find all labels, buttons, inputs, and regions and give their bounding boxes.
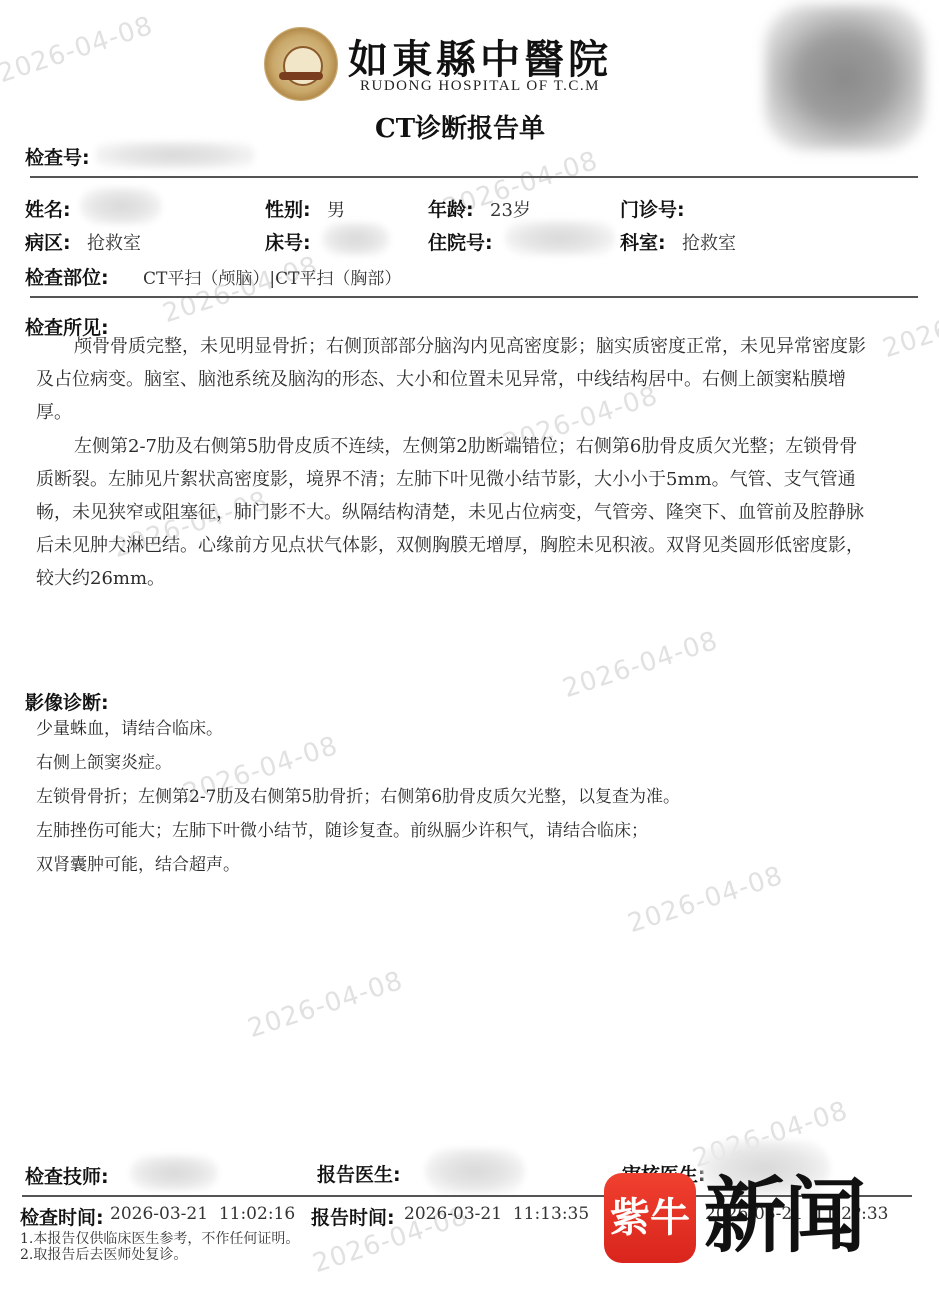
exam-time-label: 检查时间:: [20, 1203, 104, 1230]
exam-site-label: 检查部位:: [25, 263, 109, 290]
watermark-date: 2026-04-08: [559, 626, 721, 704]
name-label: 姓名:: [25, 195, 71, 222]
diagnosis-item: 左锁骨骨折；左侧第2-7肋及右侧第5肋骨折；右侧第6肋骨皮质欠光整，以复查为准。: [36, 780, 896, 814]
diagnosis-item: 双肾囊肿可能，结合超声。: [36, 848, 896, 882]
diagnosis-label: 影像诊断:: [25, 688, 109, 715]
divider: [30, 296, 918, 298]
bed-no-redacted: [322, 222, 390, 256]
exam-site-value: CT平扫（颅脑）|CT平扫（胸部）: [143, 264, 401, 289]
exam-no-label: 检查号:: [25, 143, 90, 170]
ward-label: 病区:: [25, 228, 71, 255]
news-brand-text: 新闻: [704, 1168, 864, 1264]
age-value: 23岁: [490, 196, 531, 222]
exam-no-redacted: [95, 141, 255, 169]
department-value: 抢救室: [682, 229, 736, 255]
report-time-label: 报告时间:: [311, 1203, 395, 1230]
technician-label: 检查技师:: [25, 1162, 109, 1189]
gender-value: 男: [327, 196, 345, 222]
report-title: CT诊断报告单: [375, 108, 545, 145]
footnote: 1.本报告仅供临床医生参考，不作任何证明。: [20, 1231, 299, 1247]
report-time-value: 2026-03-21 11:13:35: [404, 1204, 589, 1224]
age-label: 年龄:: [428, 195, 474, 222]
report-doctor-redacted: [425, 1148, 525, 1194]
findings-paragraph: 左侧第2-7肋及右侧第5肋骨皮质不连续，左侧第2肋断端错位；右侧第6肋骨皮质欠光…: [36, 430, 866, 595]
hospital-name-cn: 如東縣中醫院: [348, 28, 612, 85]
diagnosis-item: 少量蛛血，请结合临床。: [36, 712, 896, 746]
diagnosis-item: 左肺挫伤可能大；左肺下叶微小结节，随诊复查。前纵膈少许积气，请结合临床；: [36, 814, 896, 848]
ziniu-news-logo-icon: 紫牛: [604, 1173, 696, 1263]
hospital-name-en: RUDONG HOSPITAL OF T.C.M: [360, 78, 600, 95]
watermark-date: 2026-04-08: [244, 966, 406, 1044]
diagnosis-list: 少量蛛血，请结合临床。 右侧上颌窦炎症。 左锁骨骨折；左侧第2-7肋及右侧第5肋…: [36, 712, 896, 882]
inpatient-no-label: 住院号:: [428, 228, 493, 255]
bed-no-label: 床号:: [265, 228, 311, 255]
outpatient-no-label: 门诊号:: [620, 195, 685, 222]
divider: [30, 176, 918, 178]
footnote: 2.取报告后去医师处复诊。: [20, 1247, 187, 1263]
diagnosis-item: 右侧上颌窦炎症。: [36, 746, 896, 780]
findings-paragraph: 颅骨骨质完整，未见明显骨折；右侧顶部部分脑沟内见高密度影；脑实质密度正常，未见异…: [36, 330, 866, 429]
ward-value: 抢救室: [87, 229, 141, 255]
redacted-qr-area: [765, 5, 925, 150]
exam-time-value: 2026-03-21 11:02:16: [110, 1204, 295, 1224]
watermark-date: 2026-04-08: [0, 11, 157, 89]
inpatient-no-redacted: [505, 220, 615, 256]
name-redacted: [80, 187, 162, 225]
technician-redacted: [130, 1155, 218, 1191]
report-doctor-label: 报告医生:: [317, 1160, 401, 1187]
hospital-seal-icon: [264, 27, 338, 101]
watermark-date: 2026-04-08: [159, 251, 321, 329]
gender-label: 性别:: [265, 195, 311, 222]
department-label: 科室:: [620, 228, 666, 255]
